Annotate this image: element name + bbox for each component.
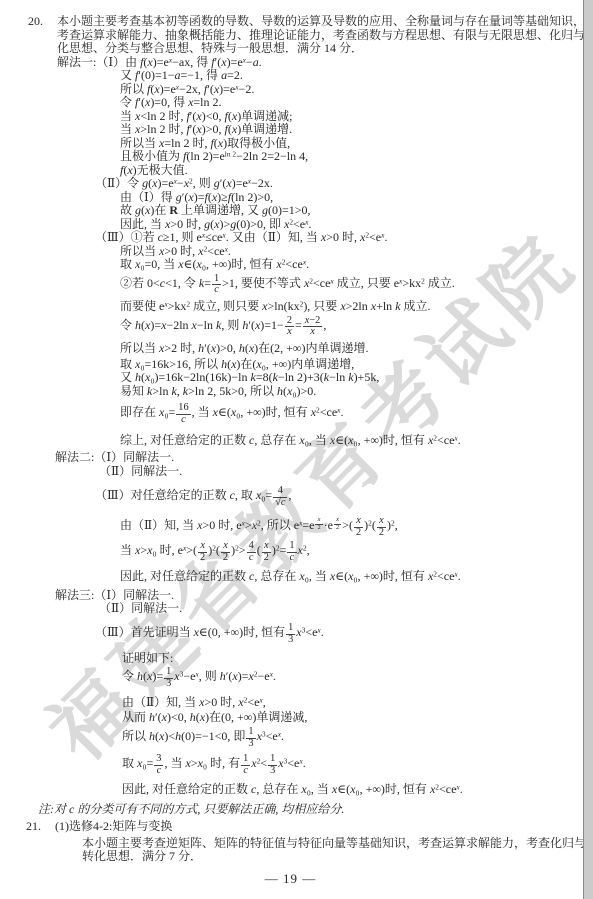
text-line: 当 x<ln 2 时, f′(x)<0, f(x)单调递减; <box>0 110 581 124</box>
text-line: 证明如下: <box>0 652 581 666</box>
text-line: 从而 h′(x)<0, h(x)在(0, +∞)单调递减, <box>0 711 581 725</box>
document-body: 20.本小题主要考查基本初等函数的导数、导数的运算及导数的应用、全称量词与存在量… <box>0 15 581 864</box>
text-line: 考查运算求解能力、抽象概括能力、推理论证能力，考查函数与方程思想、有限与无限思想… <box>0 29 581 43</box>
text-line: 又 h(x₀)=16k−2ln(16k)−ln k=8(k−ln 2)+3(k−… <box>0 371 581 385</box>
text-line: 而要使 ex>kx2 成立, 则只要 x>ln(kx2), 只要 x>2ln x… <box>0 300 581 314</box>
text-line: 20.本小题主要考查基本初等函数的导数、导数的运算及导数的应用、全称量词与存在量… <box>0 15 581 29</box>
text-line: 解法三:（Ⅰ）同解法一. <box>0 589 581 603</box>
text-line: 转化思想．满分 7 分． <box>0 850 581 864</box>
text-line: （Ⅱ）令 g(x)=ex−x2, 则 g′(x)=ex−2x. <box>0 177 581 191</box>
text-line: ②若 0<c<1, 令 k=1c>1, 要使不等式 x2<cex 成立, 只要 … <box>0 274 581 297</box>
text-line: 易知 k>ln k, k>ln 2, 5k>0, 所以 h(x₀)>0. <box>0 385 581 399</box>
text-line: 取 x₀=0, 当 x∈(x₀, +∞)时, 恒有 x2<cex. <box>0 258 581 272</box>
text-line: 取 x₀=3c, 当 x>x₀ 时, 有1cx2<13x3<ex. <box>0 754 581 777</box>
text-line: 当 x>ln 2 时, f′(x)>0, f(x)单调递增. <box>0 123 581 137</box>
item-number: 20. <box>28 15 43 29</box>
text-line: 因此, 对任意给定的正数 c, 总存在 x₀, 当 x∈(x₀, +∞)时, 恒… <box>0 783 581 797</box>
scan-edge <box>583 0 593 899</box>
text-line: 由（Ⅰ）得 g′(x)=f(x)≥f(ln 2)>0, <box>0 191 581 205</box>
text-line: 即存在 x₀=16c, 当 x∈(x₀, +∞)时, 恒有 x2<cex. <box>0 403 581 426</box>
text-line: 解法一:（Ⅰ）由 f(x)=ex−ax, 得 f′(x)=ex−a. <box>0 56 581 70</box>
text-line: 所以 h(x)<h(0)=−1<0, 即13x3<ex. <box>0 727 581 750</box>
text-line: （Ⅱ）同解法一. <box>0 602 581 616</box>
text-line: 令 h(x)=x−2ln x−ln k, 则 h′(x)=1−2x=x−2x, <box>0 316 581 339</box>
text-line: 因此, 对任意给定的正数 c, 总存在 x₀, 当 x∈(x₀, +∞)时, 恒… <box>0 570 581 584</box>
text-line: 注:对 c 的分类可有不同的方式, 只要解法正确, 均相应给分. <box>0 803 581 817</box>
text-line: （Ⅱ）同解法一. <box>0 465 581 479</box>
text-line: 且极小值为 f(ln 2)=eln 2−2ln 2=2−ln 4, <box>0 150 581 164</box>
text-line: 所以当 x>0 时, x2<cex. <box>0 245 581 259</box>
text-line: 令 h(x)=13x3−ex, 则 h′(x)=x2−ex. <box>0 667 581 690</box>
item-number: 21. <box>26 820 41 834</box>
text-line: 取 x₀=16k>16, 所以 h(x)在(x₀, +∞)内单调递增, <box>0 358 581 372</box>
text-line: 21.(1)选修4-2:矩阵与变换 <box>0 820 581 834</box>
text-line: 故 g(x)在 R 上单调递增, 又 g(0)=1>0, <box>0 204 581 218</box>
text-line: 所以当 x>2 时, h′(x)>0, h(x)在(2, +∞)内单调递增. <box>0 342 581 356</box>
text-line: （Ⅲ）首先证明当 x∈(0, +∞)时, 恒有13x3<ex. <box>0 623 581 646</box>
text-line: 所以当 x=ln 2 时, f(x)取得极小值, <box>0 137 581 151</box>
text-line: f(x)无极大值. <box>0 164 581 178</box>
text-line: 又 f′(0)=1−a=−1, 得 a=2. <box>0 69 581 83</box>
text-line: 令 f′(x)=0, 得 x=ln 2. <box>0 96 581 110</box>
document-page: 福建省教育考试院 20.本小题主要考查基本初等函数的导数、导数的运算及导数的应用… <box>0 0 593 899</box>
text-line: 解法二:（Ⅰ）同解法一. <box>0 451 581 465</box>
text-line: 化思想、分类与整合思想、特殊与一般思想．满分 14 分． <box>0 42 581 56</box>
text-line: 所以 f(x)=ex−2x, f′(x)=ex−2. <box>0 83 581 97</box>
text-line: 由（Ⅱ）知, 当 x>0 时, ex>x2, 所以 ex=ex2·ex2>(x2… <box>0 516 581 539</box>
text-line: 当 x>x₀ 时, ex>(x2)2(x2)2>4c(x2)2=1cx2, <box>0 541 581 564</box>
text-line: 由（Ⅱ）知, 当 x>0 时, x2<ex, <box>0 696 581 710</box>
page-number: — 19 — <box>0 871 581 887</box>
text-line: 综上, 对任意给定的正数 c, 总存在 x₀, 当 x∈(x₀, +∞)时, 恒… <box>0 434 581 448</box>
text-line: （Ⅲ）①若 c≥1, 则 ex≤cex. 又由（Ⅱ）知, 当 x>0 时, x2… <box>0 231 581 245</box>
text-line: 因此, 当 x>0 时, g(x)>g(0)>0, 即 x2<ex. <box>0 218 581 232</box>
text-line: （Ⅲ）对任意给定的正数 c, 取 x₀=4√c, <box>0 486 581 509</box>
